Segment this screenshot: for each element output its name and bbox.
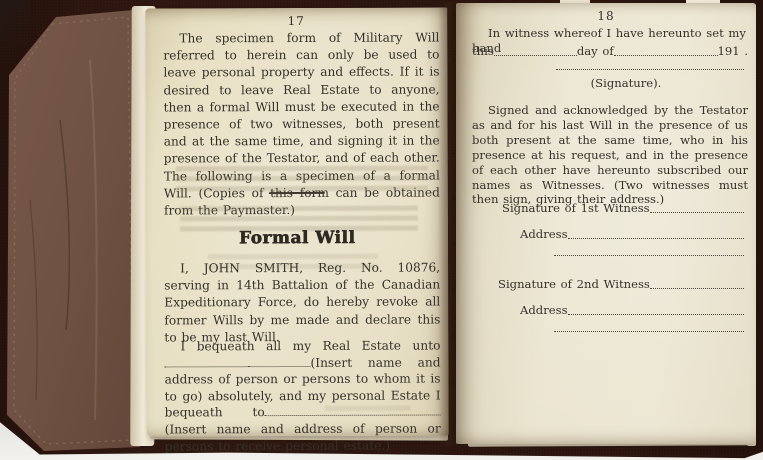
scanned-booklet: 17 The specimen form of Military Will re…	[0, 0, 763, 460]
declaration-paragraph: I, JOHN SMITH, Reg. No. 10876, serving i…	[164, 260, 440, 347]
signature-line	[556, 69, 744, 70]
year-label: 191 .	[718, 44, 749, 59]
bequest-real-estate-lead: I bequeath all my Real Estate unto	[180, 339, 440, 354]
formal-will-heading: Formal Will	[146, 227, 448, 248]
day-of-label: day of	[577, 44, 614, 59]
page-number: 17	[145, 13, 447, 28]
field-label: Address	[520, 303, 568, 318]
this-label: this	[472, 44, 494, 59]
witness1-signature-row: Signature of 1st Witness	[502, 201, 744, 216]
bequest-personal-note: (Insert name and address of person or pe…	[165, 421, 441, 453]
bequest-paragraph: I bequeath all my Real Estate unto(Inser…	[164, 338, 440, 455]
dotted-blank	[650, 205, 744, 213]
field-label: Signature of 2nd Witness	[498, 277, 650, 292]
attestation-paragraph: Signed and acknowledged by the Testator …	[472, 103, 748, 207]
page-number: 18	[456, 9, 756, 23]
field-label: Address	[520, 227, 568, 242]
dotted-blank	[164, 358, 248, 367]
address-continuation-line	[554, 331, 744, 332]
dotted-blank	[650, 281, 744, 289]
cover-pocket-flap	[0, 0, 150, 460]
witness1-address-row: Address	[520, 227, 744, 242]
bleed-through-text	[325, 406, 411, 415]
dotted-blank	[614, 48, 718, 56]
left-page-17: 17 The specimen form of Military Will re…	[145, 7, 448, 436]
dotted-blank	[568, 231, 744, 239]
signature-caption: (Signature).	[516, 76, 736, 90]
dotted-blank	[494, 48, 577, 56]
dotted-blank	[248, 358, 310, 367]
binding-stitches	[452, 12, 455, 436]
field-label: Signature of 1st Witness	[502, 201, 650, 216]
right-page-18: 18 In witness whereof I have hereunto se…	[456, 3, 756, 444]
witness2-signature-row: Signature of 2nd Witness	[498, 277, 744, 292]
section-divider-rule	[269, 192, 325, 194]
bleed-through-text	[176, 166, 428, 194]
witness-date-line: this day of 191 .	[472, 44, 748, 59]
address-continuation-line	[554, 255, 744, 256]
dotted-blank	[568, 307, 744, 315]
witness2-address-row: Address	[520, 303, 744, 318]
